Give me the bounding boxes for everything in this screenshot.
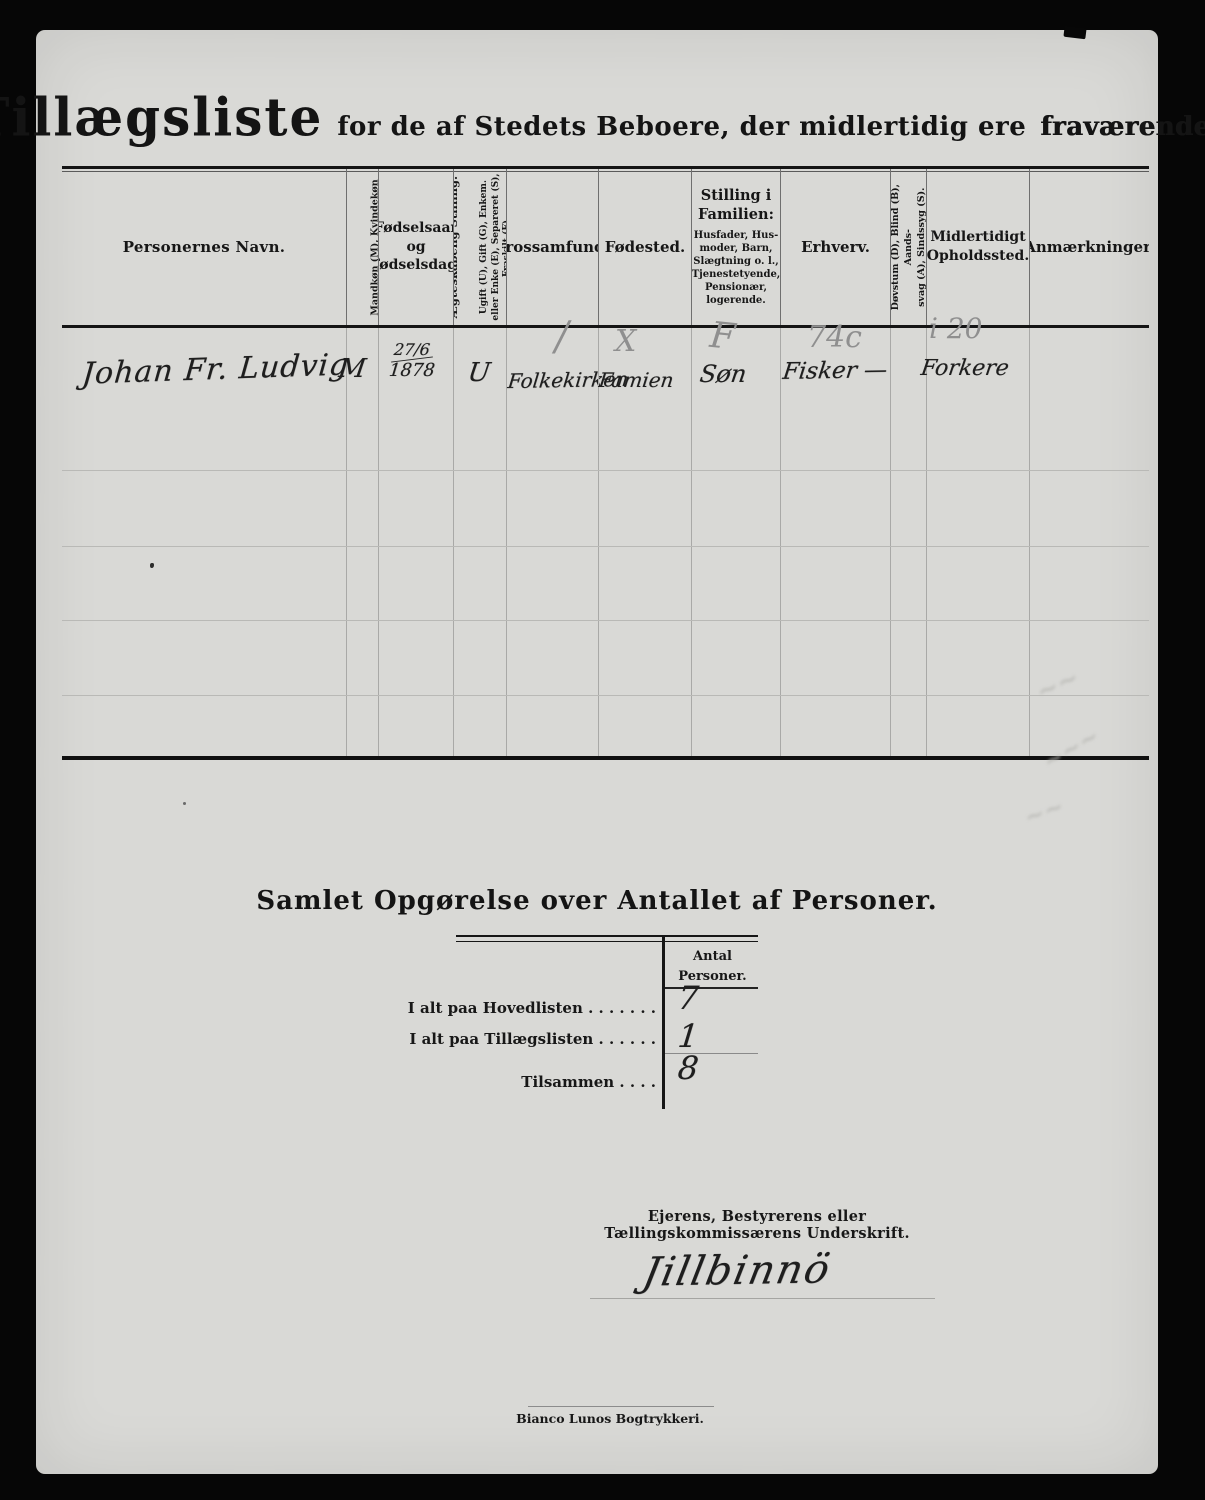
signature-label: Ejerens, Bestyrerens eller Tællingskommi… [557, 1208, 957, 1242]
table-row-empty [62, 695, 1149, 756]
handwritten-name: Johan Fr. Ludvig [81, 347, 351, 391]
table-row: Johan Fr. Ludvig M 27/6 1878 U / Folkeki… [62, 328, 1149, 470]
header-birthplace: Fødested. [598, 169, 691, 325]
cell-temporary-residence: i 20 Forkere [926, 328, 1029, 470]
header-marital-status: Ægteskabelig Stilling. Ugift (U), Gift (… [453, 169, 506, 325]
header-religion: Trossamfund. [506, 169, 598, 325]
pencil-mark-religion: / [555, 314, 568, 360]
pencil-mark-occupation: 74c [807, 320, 862, 355]
cell-birthdate: 27/6 1878 [378, 328, 453, 470]
summary-table: Antal Personer. I alt paa Hovedlisten . … [430, 935, 770, 1115]
handwritten-count-total: 8 [676, 1049, 700, 1087]
header-disability: Døvstum (D), Blind (B), Aands- svag (A),… [890, 169, 926, 325]
signature-line [590, 1298, 935, 1299]
header-birthdate: Fødselsaar og Fødselsdag. [378, 169, 453, 325]
handwritten-marital: U [466, 358, 492, 388]
table-row-empty [62, 620, 1149, 695]
cell-gender: M [346, 328, 378, 470]
handwritten-count-hovedlisten: 7 [676, 979, 700, 1017]
header-gender: Kønnet Mandkøn (M), Kvindekøn (K). [346, 169, 378, 325]
summary-top-rule [456, 935, 758, 942]
pencil-mark-birthplace: X [615, 324, 636, 359]
census-form-page: Tillægsliste for de af Stedets Beboere, … [36, 30, 1158, 1474]
pencil-smudge: ~~ [1020, 792, 1067, 832]
census-table-header: Personernes Navn. Kønnet Mandkøn (M), Kv… [62, 169, 1149, 328]
handwritten-residence: Forkere [919, 356, 1010, 381]
cell-marital-status: U [453, 328, 506, 470]
header-occupation: Erhverv. [780, 169, 890, 325]
ink-speck [183, 802, 186, 805]
cell-birthplace: X Famien [598, 328, 691, 470]
cell-disability [890, 328, 926, 470]
pencil-mark-family: F [708, 315, 737, 358]
page-title-main: Tillægsliste [0, 87, 323, 148]
summary-row-label: Tilsammen . . . . [521, 1073, 656, 1091]
handwritten-signature: Jillbinnö [639, 1246, 835, 1295]
pencil-mark-residence: i 20 [929, 312, 982, 345]
cell-name: Johan Fr. Ludvig [62, 328, 346, 470]
summary-title: Samlet Opgørelse over Antallet af Person… [36, 886, 1158, 916]
page-title-subtitle: for de af Stedets Beboere, der midlertid… [337, 112, 1026, 142]
cell-remarks [1029, 328, 1149, 470]
handwritten-family: Søn [698, 360, 748, 388]
census-table: Personernes Navn. Kønnet Mandkøn (M), Kv… [62, 166, 1149, 760]
cell-occupation: 74c Fisker — [780, 328, 890, 470]
page-title: Tillægsliste for de af Stedets Beboere, … [76, 88, 1116, 147]
handwritten-birthdate: 27/6 1878 [389, 340, 435, 381]
handwritten-birthplace: Famien [598, 368, 675, 392]
page-title-subtitle-bold: fraværende. [1040, 112, 1205, 142]
header-temporary-residence: Midlertidigt Opholdssted. [926, 169, 1029, 325]
handwritten-occupation: Fisker — [781, 357, 888, 385]
header-remarks: Anmærkninger. [1029, 169, 1149, 325]
scan-artifact [1063, 26, 1086, 40]
summary-row-label: I alt paa Tillægslisten . . . . . . [409, 1030, 656, 1048]
header-name: Personernes Navn. [62, 169, 346, 325]
footer-rule [528, 1406, 714, 1407]
handwritten-gender: M [337, 354, 368, 384]
cell-religion: / Folkekirken [506, 328, 598, 470]
summary-row-label: I alt paa Hovedlisten . . . . . . . [408, 999, 656, 1017]
table-row-empty [62, 546, 1149, 620]
table-row-empty [62, 470, 1149, 546]
header-family-position: Stilling i Familien: Husfader, Hus- mode… [691, 169, 780, 325]
printer-credit: Bianco Lunos Bogtrykkeri. [470, 1411, 750, 1426]
cell-family-position: F Søn [691, 328, 780, 470]
